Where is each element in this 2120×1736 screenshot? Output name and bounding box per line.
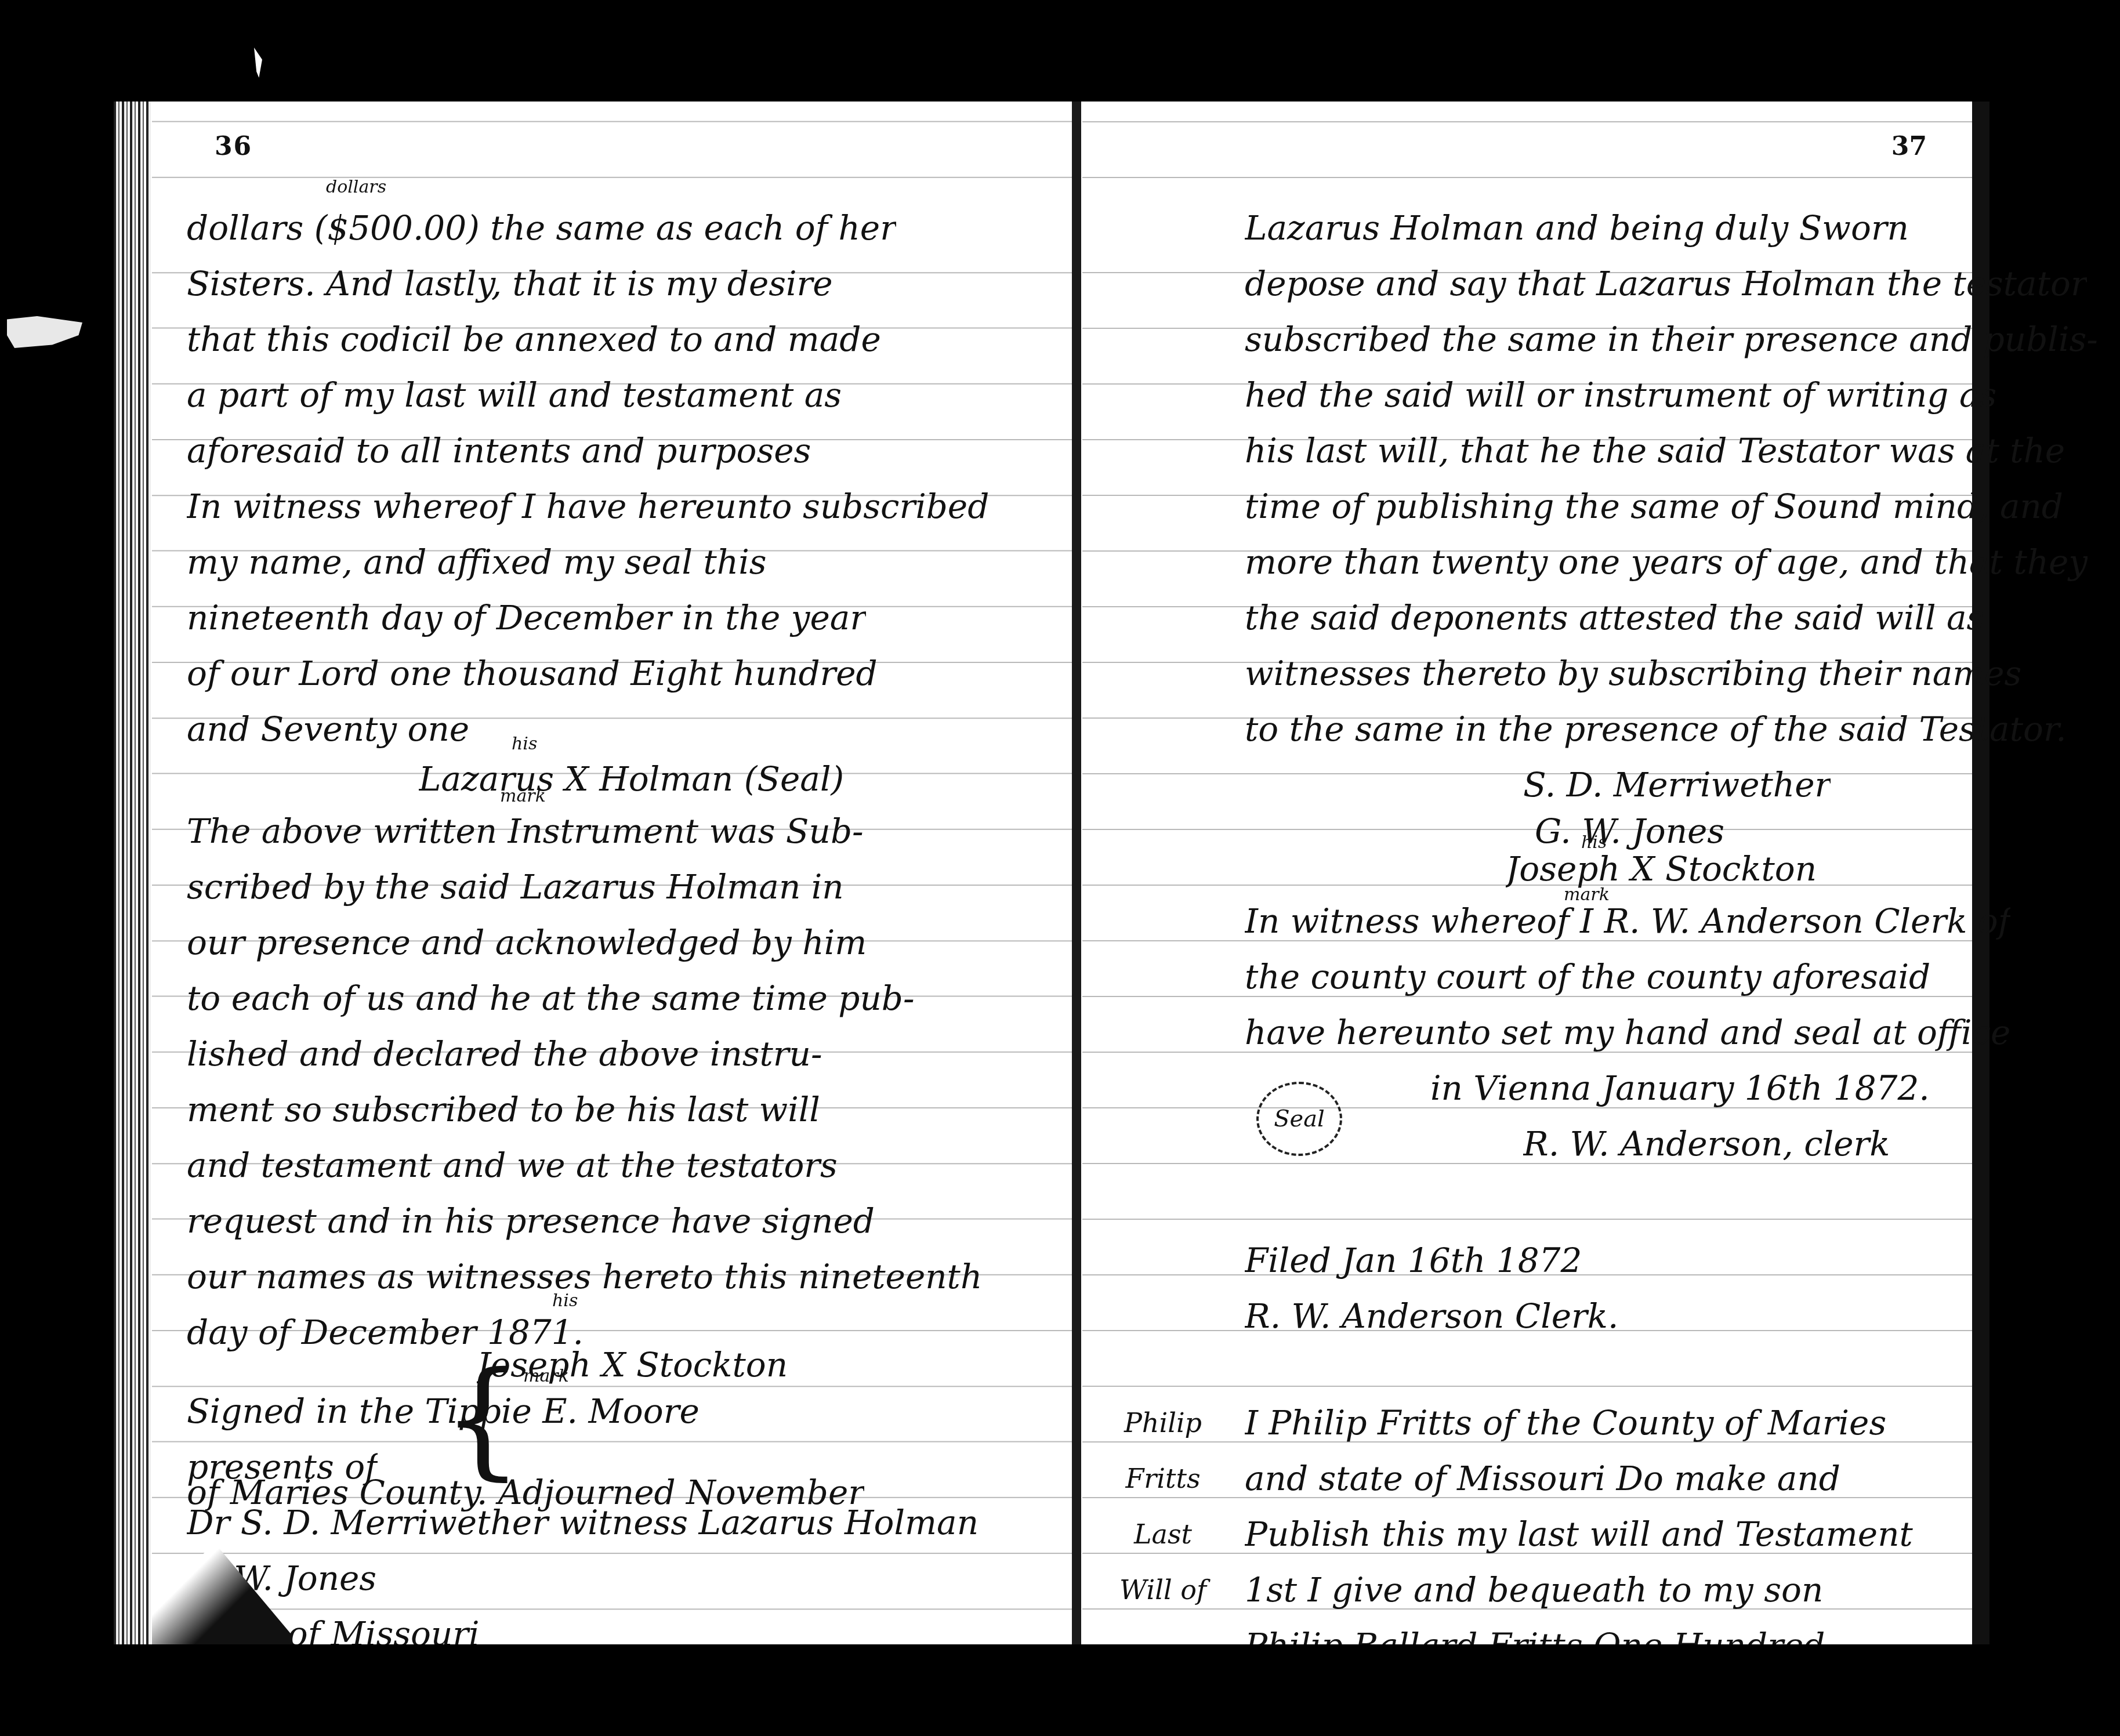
text-line: the said deponents attested the said wil… (1245, 590, 1984, 646)
margin-note-philip-fritts: Philip Fritts Last Will of (1090, 1395, 1235, 1618)
text-line: to the same in the presence of the said … (1245, 701, 2067, 757)
text-line: In witness whereof I R. W. Anderson Cler… (1245, 893, 2010, 949)
margin-note-line: Last (1090, 1506, 1235, 1562)
page-number-right: 37 (1891, 132, 1927, 161)
signature-stockton: Joseph X Stockton (1506, 841, 1817, 897)
scan-border-bottom (114, 1644, 1984, 1736)
text-line: in Vienna January 16th 1872. (1430, 1060, 1930, 1116)
text-line: depose and say that Lazarus Holman the t… (1245, 256, 2087, 311)
seal-label: Seal (1274, 1106, 1325, 1132)
text-line: the county court of the county aforesaid (1245, 949, 1930, 1005)
text-line: Publish this my last will and Testament (1245, 1506, 1913, 1562)
clerk-seal: Seal (1256, 1082, 1342, 1156)
signature-anderson: R. W. Anderson, clerk (1523, 1116, 1890, 1172)
book-gutter (1072, 102, 1081, 1644)
filed-line: Filed Jan 16th 1872 (1245, 1233, 1582, 1288)
margin-note-line: Philip Fritts (1090, 1395, 1235, 1506)
text-line: have hereunto set my hand and seal at of… (1245, 1005, 2010, 1060)
paper-scrap (7, 316, 82, 348)
text-line: 1st I give and bequeath to my son (1245, 1562, 1823, 1618)
text-line: hed the said will or instrument of writi… (1245, 367, 1996, 423)
book-page-edges-left (114, 102, 151, 1644)
right-page: 37 Lazarus Holman and being duly Sworn d… (1082, 102, 1972, 1644)
text-line: Lazarus Holman and being duly Sworn (1245, 200, 1909, 256)
text-line: subscribed the same in their presence an… (1245, 311, 2098, 367)
text-line: more than twenty one years of age, and t… (1245, 534, 2088, 590)
paper-fragment (254, 48, 262, 78)
filed-clerk-line: R. W. Anderson Clerk. (1245, 1288, 1618, 1344)
text-line: and state of Missouri Do make and (1245, 1451, 1840, 1506)
text-line: I Philip Fritts of the County of Maries (1245, 1395, 1886, 1451)
text-line: time of publishing the same of Sound min… (1245, 479, 2063, 534)
margin-note-line: Will of (1090, 1562, 1235, 1618)
text-line: his last will, that he the said Testator… (1245, 423, 2065, 479)
text-line: of Maries County. Adjourned November (187, 1465, 864, 1520)
text-line: witnesses thereto by subscribing their n… (1245, 646, 2021, 701)
left-page-lower: of Maries County. Adjourned November (152, 102, 1072, 1644)
